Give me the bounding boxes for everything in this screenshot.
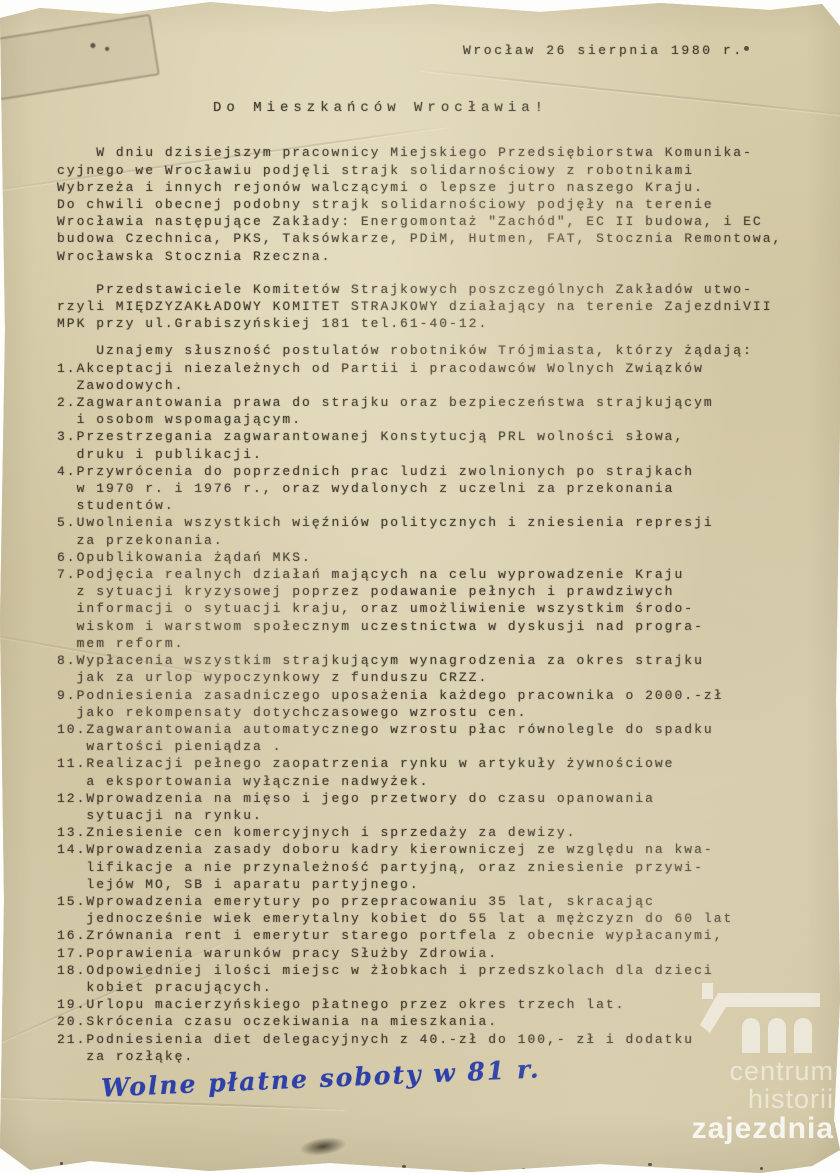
ink-speck [60, 1162, 63, 1165]
ink-speck [522, 1168, 525, 1171]
demand-number: 8. [57, 652, 77, 686]
ink-speck [760, 1167, 763, 1170]
demand-number: 1. [57, 360, 77, 394]
demand-text: Zagwarantowania prawa do strajku oraz be… [77, 394, 799, 428]
page-title: Do Mieszkańców Wrocławia! [213, 100, 799, 117]
demand-number: 2. [57, 394, 77, 428]
demand-number: 5. [57, 514, 77, 548]
demand-text: Podniesienia zasadniczego uposażenia każ… [77, 687, 799, 721]
demand-text: Skrócenia czasu oczekiwania na mieszkani… [86, 1013, 799, 1030]
demand-item: 6.Opublikowania żądań MKS. [57, 549, 799, 566]
demand-item: 18.Odpowiedniej ilości miejsc w żłobkach… [57, 962, 799, 996]
demand-number: 10. [57, 721, 86, 755]
document-scan: Wrocław 26 sierpnia 1980 r. Do Mieszkańc… [0, 0, 840, 1173]
demand-item: 5.Uwolnienia wszystkich więźniów polityc… [57, 514, 799, 548]
demands-list: 1.Akceptacji niezależnych od Partii i pr… [57, 360, 799, 1065]
demand-number: 15. [57, 893, 86, 927]
demand-item: 9.Podniesienia zasadniczego uposażenia k… [57, 687, 799, 721]
demand-item: 10.Zagwarantowania automatycznego wzrost… [57, 721, 799, 755]
demand-number: 3. [57, 428, 77, 462]
demand-number: 7. [57, 566, 77, 652]
demand-text: Zagwarantowania automatycznego wzrostu p… [86, 721, 799, 755]
demand-text: Akceptacji niezależnych od Partii i prac… [77, 360, 799, 394]
demand-item: 11.Realizacji pełnego zaopatrzenia rynku… [57, 755, 799, 789]
paragraph-intro-strike: W dniu dzisiejszym pracownicy Miejskiego… [57, 144, 799, 264]
ink-speck [402, 1165, 406, 1168]
demand-number: 21. [57, 1031, 86, 1065]
demand-number: 11. [57, 755, 86, 789]
demand-text: Urlopu macierzyńskiego płatnego przez ok… [86, 996, 799, 1013]
demand-number: 20. [57, 1013, 86, 1030]
demand-item: 8.Wypłacenia wszystkim strajkującym wyna… [57, 652, 799, 686]
demand-text: Uwolnienia wszystkich więźniów polityczn… [77, 514, 799, 548]
demand-number: 19. [57, 996, 86, 1013]
demand-text: Opublikowania żądań MKS. [77, 549, 799, 566]
demand-number: 9. [57, 687, 77, 721]
demand-text: Wprowadzenia emerytury po przepracowaniu… [86, 893, 799, 927]
demand-item: 1.Akceptacji niezależnych od Partii i pr… [57, 360, 799, 394]
demand-text: Poprawienia warunków pracy Służby Zdrowi… [86, 945, 799, 962]
demand-number: 18. [57, 962, 86, 996]
demand-item: 3.Przestrzegania zagwarantowanej Konstyt… [57, 428, 799, 462]
demand-item: 2.Zagwarantowania prawa do strajku oraz … [57, 394, 799, 428]
document-page: Wrocław 26 sierpnia 1980 r. Do Mieszkańc… [0, 0, 840, 1173]
demand-text: Zniesienie cen komercyjnych i sprzedaży … [86, 824, 799, 841]
demand-item: 13.Zniesienie cen komercyjnych i sprzeda… [57, 824, 799, 841]
demand-number: 16. [57, 927, 86, 944]
demand-item: 16.Zrównania rent i emerytur starego por… [57, 927, 799, 944]
demand-item: 12.Wprowadzenia na mięso i jego przetwor… [57, 790, 799, 824]
ink-smudge [299, 1135, 347, 1158]
demand-number: 17. [57, 945, 86, 962]
dateline: Wrocław 26 sierpnia 1980 r. [463, 42, 799, 59]
paragraph-strike-committee: Przedstawiciele Komitetów Strajkowych po… [57, 281, 799, 333]
handwritten-note: Wolne płatne soboty w 81 r. [101, 1060, 541, 1096]
demand-item: 17.Poprawienia warunków pracy Służby Zdr… [57, 945, 799, 962]
demand-text: Odpowiedniej ilości miejsc w żłobkach i … [86, 962, 799, 996]
typewritten-text: Wrocław 26 sierpnia 1980 r. Do Mieszkańc… [57, 34, 799, 1087]
demand-item: 14.Wprowadzenia zasady doboru kadry kier… [57, 841, 799, 893]
demand-text: Przywrócenia do poprzednich prac ludzi z… [77, 463, 799, 515]
demand-item: 7.Podjęcia realnych działań mających na … [57, 566, 799, 652]
demand-item: 19.Urlopu macierzyńskiego płatnego przez… [57, 996, 799, 1013]
demand-item: 15.Wprowadzenia emerytury po przepracowa… [57, 893, 799, 927]
demand-number: 14. [57, 841, 86, 893]
demand-text: Wprowadzenia na mięso i jego przetwory d… [86, 790, 799, 824]
demand-text: Realizacji pełnego zaopatrzenia rynku w … [86, 755, 799, 789]
demand-item: 4.Przywrócenia do poprzednich prac ludzi… [57, 463, 799, 515]
watermark-line-2: historii [692, 1085, 834, 1113]
demand-text: Zrównania rent i emerytur starego portfe… [86, 927, 799, 944]
demand-number: 12. [57, 790, 86, 824]
demand-number: 6. [57, 549, 77, 566]
demand-text: Wprowadzenia zasady doboru kadry kierown… [86, 841, 799, 893]
demand-text: Wypłacenia wszystkim strajkującym wynagr… [77, 652, 799, 686]
watermark-line-3: zajezdnia [692, 1113, 834, 1145]
demand-text: Podjęcia realnych działań mających na ce… [77, 566, 799, 652]
demands-intro-line: Uznajemy słuszność postulatów robotników… [57, 342, 799, 359]
demand-number: 4. [57, 463, 77, 515]
ink-speck [648, 1163, 652, 1166]
demand-text: Przestrzegania zagwarantowanej Konstytuc… [77, 428, 799, 462]
demand-number: 13. [57, 824, 86, 841]
demand-item: 20.Skrócenia czasu oczekiwania na mieszk… [57, 1013, 799, 1030]
